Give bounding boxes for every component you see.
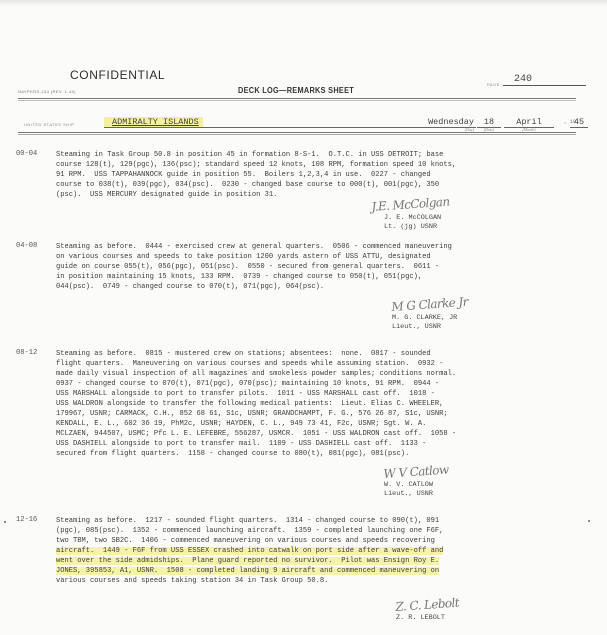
- entry-line: on various courses and speeds to take po…: [56, 252, 586, 262]
- officer-name: J. E. McCOLGAN: [384, 214, 450, 223]
- officer-rank: Lieut., USNR: [392, 323, 468, 332]
- watch-period: 00-04: [16, 150, 37, 158]
- entry-line: went over the side admidships. Plane gua…: [56, 556, 586, 566]
- officer-name: Z. R. LEBOLT: [396, 614, 460, 623]
- entry-line: (pgc), 085(psc). 1352 - commenced launch…: [56, 526, 586, 536]
- entry-line: various courses and speeds taking statio…: [56, 576, 586, 586]
- entry-line: USS MARSHALL alongside to port to transf…: [56, 389, 586, 399]
- entry-line: 0937 - changed course to 070(t), 071(pgc…: [56, 379, 586, 389]
- header-rule: [18, 100, 576, 101]
- entry-line: 044(psc). 0749 - changed course to 070(t…: [56, 282, 586, 292]
- entry-text: Steaming as before. 0815 - mustered crew…: [56, 349, 586, 459]
- entry-line: flight quarters. Maneuvering on various …: [56, 359, 586, 369]
- entry-line: JONES, 395853, A1, USNR. 1508 - complete…: [56, 566, 586, 576]
- header-rule: [18, 98, 576, 99]
- entry-line: Steaming as before. 1217 - sounded fligh…: [56, 516, 586, 526]
- entry-line: USS DASHIELL alongside to port to transf…: [56, 439, 586, 449]
- officer-rank: Lieut., USNR: [384, 490, 449, 499]
- entry-line: Steaming in Task Group 50.8 in position …: [56, 150, 586, 160]
- entry-line: in position maintaining 15 knots, 133 RP…: [56, 272, 586, 282]
- sheet-title: DECK LOG—REMARKS SHEET: [238, 86, 354, 95]
- signature: W V Catlow: [383, 462, 449, 481]
- signature: Z. C. Lebolt: [395, 596, 459, 614]
- entry-text: Steaming as before. 1217 - sounded fligh…: [56, 516, 586, 586]
- page-label: PAGE: [487, 82, 500, 87]
- ship-name: ADMIRALTY ISLANDS: [104, 117, 203, 127]
- entry-line: 91 RPM. USS TAPPAHANNOCK guide in positi…: [56, 170, 586, 180]
- entry-line: Steaming as before. 0815 - mustered crew…: [56, 349, 586, 359]
- entry-text: Steaming as before. 0444 - exercised cre…: [56, 242, 586, 292]
- watch-period: 08-12: [16, 349, 37, 357]
- entry-line: USS WALDRON alongside to transfer the fo…: [56, 399, 586, 409]
- entry-line: guide on course 055(t), 056(pgc), 051(ps…: [56, 262, 586, 272]
- entry-line: KENDALL, E. L., 602 36 19, PhM2c, USNR; …: [56, 419, 586, 429]
- ship-label: UNITED STATES SHIP: [24, 122, 74, 127]
- entry-line: Steaming as before. 0444 - exercised cre…: [56, 242, 586, 252]
- page-number: 240: [503, 74, 586, 86]
- form-number: NAVPERS-134 (REV. 1-44): [18, 89, 76, 94]
- scan-edge: [0, 0, 607, 6]
- ship-name-field: ADMIRALTY ISLANDS: [104, 117, 374, 128]
- year-field: 45: [570, 117, 588, 128]
- officer-name: W. V. CATLOW: [384, 481, 449, 490]
- entry-line: secured from flight quarters. 1158 - cha…: [56, 449, 586, 459]
- signature-block: M G Clarke Jr M. G. CLARKE, JR Lieut., U…: [392, 300, 468, 332]
- entry-line: course to 038(t), 039(pgc), 034(psc). 02…: [56, 180, 586, 190]
- entry-line: two TBM, two SB2C. 1406 - commenced mane…: [56, 536, 586, 546]
- date-row: Wednesday (Day) 18 (Date) April (Month) …: [374, 117, 584, 133]
- punch-mark: [588, 520, 590, 522]
- watch-period: 12-16: [16, 516, 37, 524]
- entry-line: (psc). USS MERCURY designated guide in p…: [56, 190, 586, 200]
- officer-rank: Lt. (jg) USNR: [384, 223, 450, 232]
- signature-block: J.E. McColgan J. E. McCOLGAN Lt. (jg) US…: [372, 200, 450, 232]
- header-rule: [18, 132, 576, 133]
- entry-line: 179967, USNR; CARMACK, C.H., 852 68 61, …: [56, 409, 586, 419]
- signature-block: W V Catlow W. V. CATLOW Lieut., USNR: [384, 467, 449, 499]
- entry-line: aircraft. 1449 - F6F from USS ESSEX cras…: [56, 546, 586, 556]
- punch-mark: [4, 521, 6, 523]
- watch-period: 04-08: [16, 242, 37, 250]
- entry-text: Steaming in Task Group 50.8 in position …: [56, 150, 586, 200]
- signature-block: Z. C. Lebolt Z. R. LEBOLT: [396, 600, 460, 623]
- officer-name: M. G. CLARKE, JR: [392, 314, 468, 323]
- signature: M G Clarke Jr: [391, 295, 468, 314]
- entry-line: MCLZAEN, 944507, USMC; Pfc L. E. LEFEBRE…: [56, 429, 586, 439]
- entry-line: course 128(t), 129(pgc), 136(psc); stand…: [56, 160, 586, 170]
- entry-line: made daily visual inspection of all maga…: [56, 369, 586, 379]
- header-rule: [18, 134, 576, 135]
- deck-log-sheet: CONFIDENTIAL PAGE 240 NAVPERS-134 (REV. …: [0, 0, 607, 635]
- classification-stamp: CONFIDENTIAL: [70, 68, 165, 82]
